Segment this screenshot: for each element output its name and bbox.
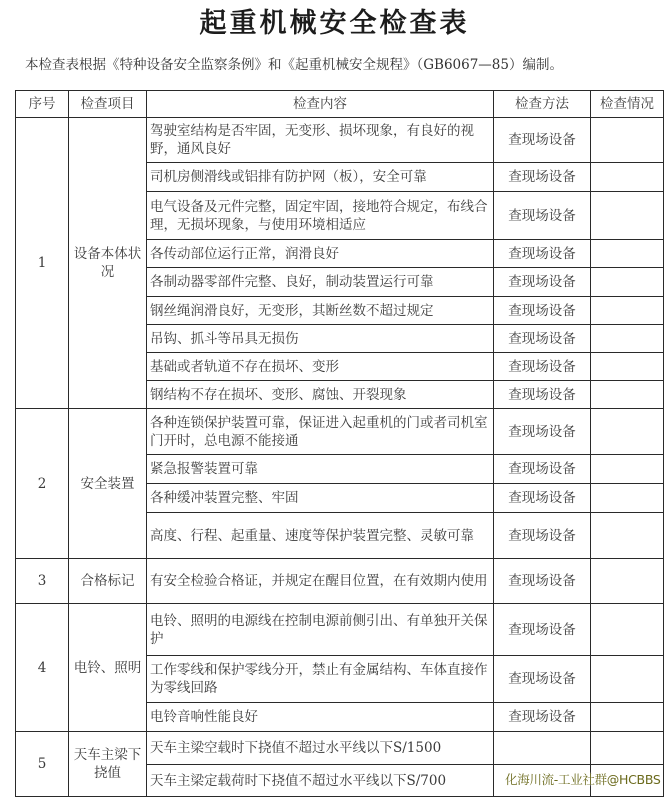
- check-content: 高度、行程、起重量、速度等保护装置完整、灵敏可靠: [147, 513, 494, 559]
- check-method: 查现场设备: [494, 484, 591, 513]
- check-content: 钢结构不存在损坏、变形、腐蚀、开裂现象: [147, 381, 494, 409]
- check-result-cell[interactable]: [591, 409, 664, 455]
- check-content: 吊钩、抓斗等吊具无损伤: [147, 325, 494, 353]
- check-method: 查现场设备: [494, 409, 591, 455]
- header-seq: 序号: [16, 91, 69, 118]
- table-row: 4电铃、照明电铃、照明的电源线在控制电源前侧引出、有单独开关保护查现场设备: [16, 604, 664, 656]
- check-method: 查现场设备: [494, 325, 591, 353]
- check-content: 电铃、照明的电源线在控制电源前侧引出、有单独开关保护: [147, 604, 494, 656]
- check-result-cell[interactable]: [591, 513, 664, 559]
- check-method: 查现场设备: [494, 353, 591, 381]
- check-content: 电气设备及元件完整，固定牢固，接地符合规定，布线合理，无损坏现象，与使用环境相适…: [147, 192, 494, 240]
- check-method: 查现场设备: [494, 703, 591, 732]
- header-item: 检查项目: [69, 91, 147, 118]
- check-result-cell[interactable]: [591, 118, 664, 163]
- group-seq: 2: [16, 409, 69, 559]
- check-result-cell[interactable]: [591, 455, 664, 484]
- header-content: 检查内容: [147, 91, 494, 118]
- group-item: 天车主梁下挠值: [69, 732, 147, 797]
- check-content: 各传动部位运行正常，润滑良好: [147, 240, 494, 268]
- check-result-cell[interactable]: [591, 192, 664, 240]
- check-content: 天车主梁空载时下挠值不超过水平线以下S/1500: [147, 732, 494, 765]
- check-result-cell[interactable]: [591, 484, 664, 513]
- check-method: 查现场设备: [494, 192, 591, 240]
- check-method: 查现场设备: [494, 656, 591, 703]
- header-result: 检查情况: [591, 91, 664, 118]
- group-seq: 4: [16, 604, 69, 732]
- check-method: 查现场设备: [494, 163, 591, 192]
- check-result-cell[interactable]: [591, 240, 664, 268]
- check-method: 查现场设备: [494, 513, 591, 559]
- check-content: 各制动器零部件完整、良好，制动装置运行可靠: [147, 268, 494, 297]
- check-result-cell[interactable]: [591, 703, 664, 732]
- group-seq: 1: [16, 118, 69, 409]
- check-content: 有安全检验合格证，并规定在醒目位置，在有效期内使用: [147, 559, 494, 604]
- header-method: 检查方法: [494, 91, 591, 118]
- document-subtitle: 本检查表根据《特种设备安全监察条例》和《起重机械安全规程》（GB6067—85）…: [25, 55, 665, 75]
- check-result-cell[interactable]: [591, 381, 664, 409]
- check-content: 司机房侧滑线或铝排有防护网（板），安全可靠: [147, 163, 494, 192]
- check-content: 天车主梁定载荷时下挠值不超过水平线以下S/700: [147, 765, 494, 797]
- check-content: 紧急报警装置可靠: [147, 455, 494, 484]
- check-result-cell[interactable]: [591, 268, 664, 297]
- check-content: 基础或者轨道不存在损坏、变形: [147, 353, 494, 381]
- check-method: 查现场设备: [494, 268, 591, 297]
- group-item: 设备本体状况: [69, 118, 147, 409]
- check-method: 查现场设备: [494, 297, 591, 325]
- document-title: 起重机械安全检查表: [0, 6, 669, 42]
- check-content: 各种缓冲装置完整、牢固: [147, 484, 494, 513]
- check-method: 查现场设备: [494, 455, 591, 484]
- check-result-cell[interactable]: [591, 325, 664, 353]
- check-result-cell[interactable]: [591, 604, 664, 656]
- check-result-cell[interactable]: [591, 353, 664, 381]
- table-row: 1设备本体状况驾驶室结构是否牢固，无变形、损坏现象，有良好的视野，通风良好查现场…: [16, 118, 664, 163]
- check-content: 工作零线和保护零线分开，禁止有金属结构、车体直接作为零线回路: [147, 656, 494, 703]
- group-item: 安全装置: [69, 409, 147, 559]
- watermark: 化海川流-工业社群@HCBBS: [505, 770, 661, 788]
- check-result-cell[interactable]: [591, 656, 664, 703]
- check-method: 查现场设备: [494, 118, 591, 163]
- check-method: 查现场设备: [494, 381, 591, 409]
- table-header-row: 序号 检查项目 检查内容 检查方法 检查情况: [16, 91, 664, 118]
- table-row: 3合格标记有安全检验合格证，并规定在醒目位置，在有效期内使用查现场设备: [16, 559, 664, 604]
- check-method: 查现场设备: [494, 240, 591, 268]
- table-body: 1设备本体状况驾驶室结构是否牢固，无变形、损坏现象，有良好的视野，通风良好查现场…: [16, 118, 664, 797]
- check-content: 各种连锁保护装置可靠，保证进入起重机的门或者司机室门开时，总电源不能接通: [147, 409, 494, 455]
- check-content: 钢丝绳润滑良好，无变形，其断丝数不超过规定: [147, 297, 494, 325]
- table-row: 2安全装置各种连锁保护装置可靠，保证进入起重机的门或者司机室门开时，总电源不能接…: [16, 409, 664, 455]
- check-result-cell[interactable]: [591, 297, 664, 325]
- group-item: 合格标记: [69, 559, 147, 604]
- check-content: 电铃音响性能良好: [147, 703, 494, 732]
- check-result-cell[interactable]: [591, 163, 664, 192]
- group-item: 电铃、照明: [69, 604, 147, 732]
- inspection-table: 序号 检查项目 检查内容 检查方法 检查情况 1设备本体状况驾驶室结构是否牢固，…: [15, 90, 664, 797]
- check-result-cell[interactable]: [591, 732, 664, 765]
- group-seq: 3: [16, 559, 69, 604]
- table-row: 5天车主梁下挠值天车主梁空载时下挠值不超过水平线以下S/1500: [16, 732, 664, 765]
- check-method: 查现场设备: [494, 604, 591, 656]
- check-content: 驾驶室结构是否牢固，无变形、损坏现象，有良好的视野，通风良好: [147, 118, 494, 163]
- group-seq: 5: [16, 732, 69, 797]
- check-method: 查现场设备: [494, 559, 591, 604]
- check-method: [494, 732, 591, 765]
- check-result-cell[interactable]: [591, 559, 664, 604]
